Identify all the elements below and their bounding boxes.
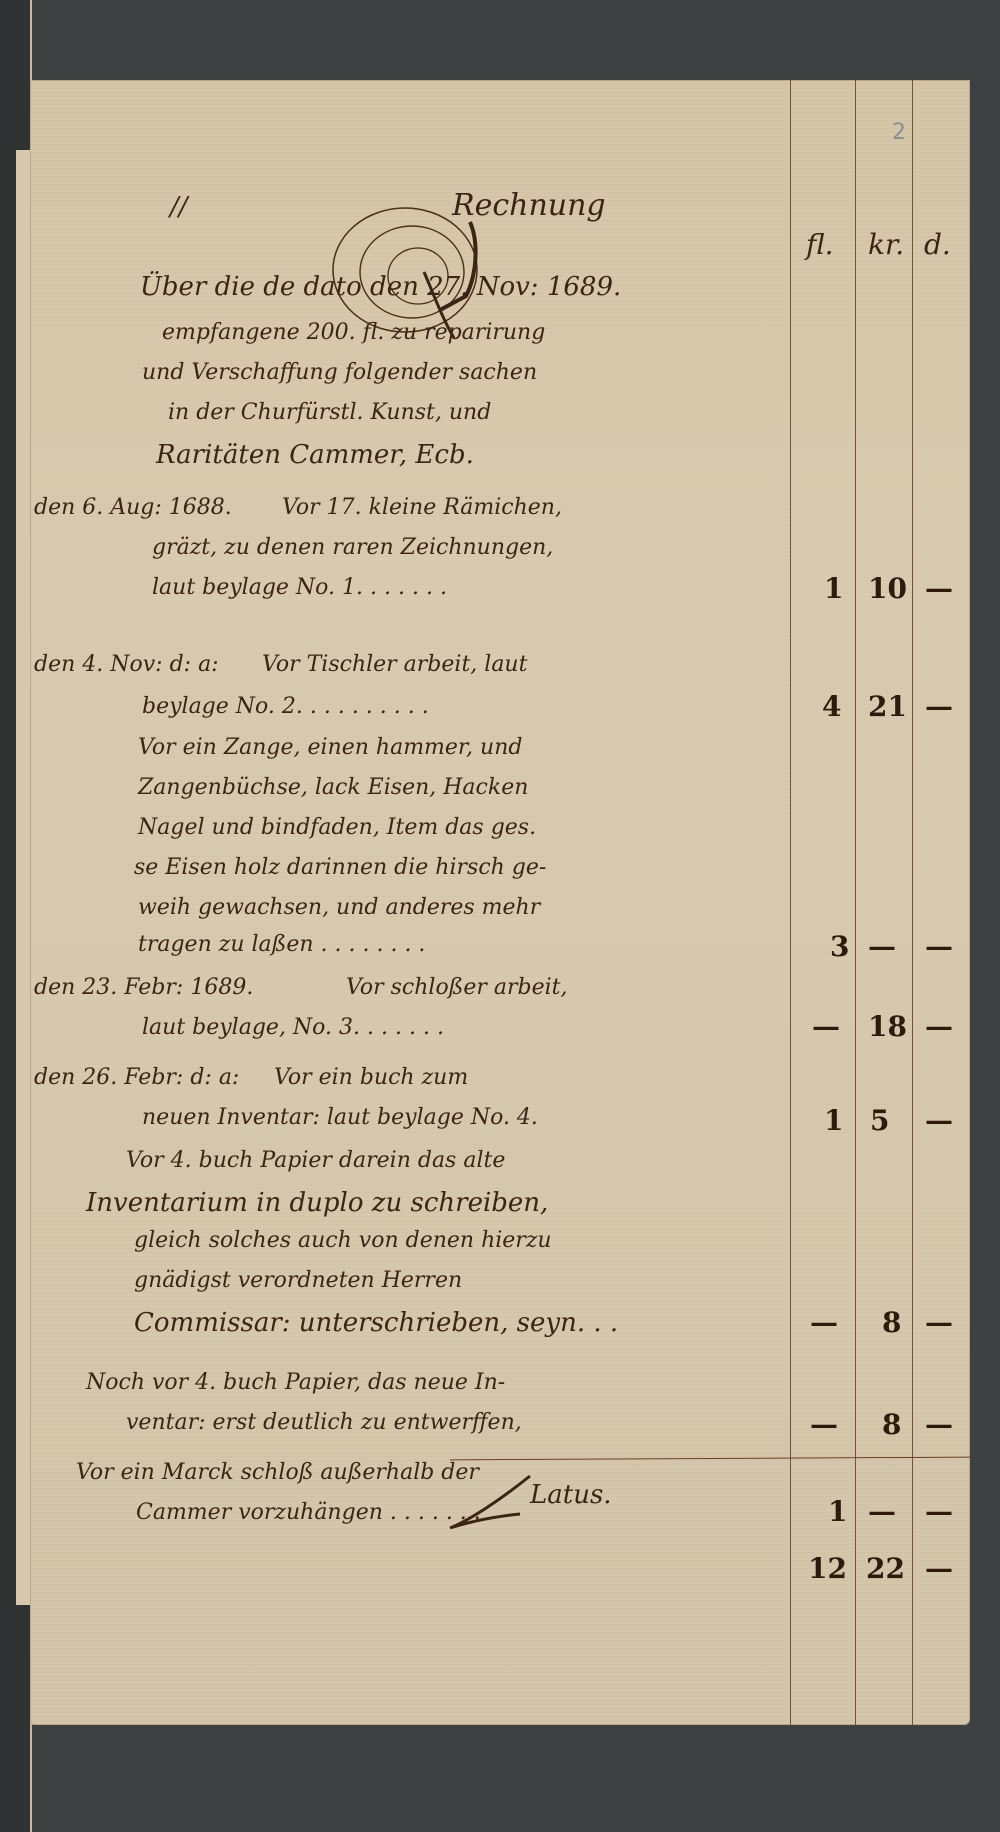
entry-line: laut beylage, No. 3. . . . . . . bbox=[142, 1015, 444, 1040]
total-rule bbox=[450, 1457, 970, 1461]
entry-date: den 23. Febr: 1689. bbox=[34, 975, 253, 1000]
amount-kreuzer: 8 bbox=[882, 1306, 901, 1339]
entry-line: Zangenbüchse, lack Eisen, Hacken bbox=[138, 775, 528, 800]
column-rule-denar bbox=[912, 80, 913, 1725]
amount-denar: — bbox=[925, 690, 953, 723]
column-rule-florin bbox=[790, 80, 791, 1725]
column-header-kreuzer: kr. bbox=[868, 228, 904, 261]
entry-line: Vor Tischler arbeit, laut bbox=[262, 652, 527, 677]
entry-line: Vor 4. buch Papier darein das alte bbox=[126, 1148, 505, 1173]
entry-line: ventar: erst deutlich zu entwerffen, bbox=[126, 1410, 522, 1435]
amount-kreuzer: 18 bbox=[868, 1010, 907, 1043]
amount-florin: — bbox=[810, 1408, 838, 1441]
entry-line: tragen zu laßen . . . . . . . . bbox=[138, 932, 425, 957]
entry-line: neuen Inventar: laut beylage No. 4. bbox=[142, 1105, 538, 1130]
heading-line: Raritäten Cammer, Ecb. bbox=[156, 440, 474, 470]
entry-line: Vor ein Marck schloß außerhalb der bbox=[76, 1460, 479, 1485]
amount-florin: 3 bbox=[830, 930, 849, 963]
entry-date: den 6. Aug: 1688. bbox=[34, 495, 232, 520]
entry-line: Nagel und bindfaden, Item das ges. bbox=[138, 815, 536, 840]
entry-line: Commissar: unterschrieben, seyn. . . bbox=[134, 1308, 618, 1338]
total-label: Latus. bbox=[530, 1480, 612, 1510]
column-header-denar: d. bbox=[924, 228, 951, 261]
amount-denar: — bbox=[925, 930, 953, 963]
total-florin: 12 bbox=[808, 1552, 847, 1585]
amount-denar: — bbox=[925, 1306, 953, 1339]
entry-line: Vor schloßer arbeit, bbox=[346, 975, 568, 1000]
amount-florin: — bbox=[810, 1306, 838, 1339]
amount-florin: 1 bbox=[824, 1104, 843, 1137]
entry-line: gleich solches auch von denen hierzu bbox=[134, 1228, 552, 1253]
margin-mark: // bbox=[170, 192, 188, 222]
amount-kreuzer: 8 bbox=[882, 1408, 901, 1441]
entry-line: Vor 17. kleine Rämichen, bbox=[282, 495, 562, 520]
column-header-florin: fl. bbox=[806, 228, 834, 261]
entry-line: gräzt, zu denen raren Zeichnungen, bbox=[152, 535, 553, 560]
heading-line: in der Churfürstl. Kunst, und bbox=[168, 400, 491, 425]
document-title: Rechnung bbox=[452, 188, 606, 223]
heading-line: Über die de dato den 27. Nov: 1689. bbox=[140, 272, 621, 302]
total-kreuzer: 22 bbox=[866, 1552, 905, 1585]
entry-line: Vor ein buch zum bbox=[274, 1065, 468, 1090]
latus-flourish-icon bbox=[420, 1470, 540, 1540]
amount-denar: — bbox=[925, 1408, 953, 1441]
amount-denar: — bbox=[925, 1010, 953, 1043]
entry-line: Noch vor 4. buch Papier, das neue In- bbox=[86, 1370, 505, 1395]
amount-kreuzer: — bbox=[868, 930, 896, 963]
amount-kreuzer: 21 bbox=[868, 690, 907, 723]
total-denar: — bbox=[925, 1552, 953, 1585]
heading-line: und Verschaffung folgender sachen bbox=[142, 360, 537, 385]
entry-line: weih gewachsen, und anderes mehr bbox=[138, 895, 540, 920]
entry-date: den 26. Febr: d: a: bbox=[34, 1065, 239, 1090]
entry-line: Inventarium in duplo zu schreiben, bbox=[86, 1188, 548, 1218]
entry-line: Vor ein Zange, einen hammer, und bbox=[138, 735, 522, 760]
entry-date: den 4. Nov: d: a: bbox=[34, 652, 219, 677]
amount-kreuzer: — bbox=[868, 1495, 896, 1528]
amount-florin: 4 bbox=[822, 690, 841, 723]
amount-kreuzer: 10 bbox=[868, 572, 907, 605]
column-rule-kreuzer bbox=[855, 80, 856, 1725]
entry-line: se Eisen holz darinnen die hirsch ge- bbox=[134, 855, 546, 880]
amount-florin: 1 bbox=[828, 1495, 847, 1528]
amount-florin: — bbox=[812, 1010, 840, 1043]
amount-florin: 1 bbox=[824, 572, 843, 605]
manuscript-page: 2 // Rechnung fl. kr. d. Über die de dat… bbox=[30, 80, 970, 1725]
entry-line: gnädigst verordneten Herren bbox=[134, 1268, 462, 1293]
heading-line: empfangene 200. fl. zu reparirung bbox=[162, 320, 545, 345]
folio-number: 2 bbox=[892, 120, 906, 145]
amount-denar: — bbox=[925, 572, 953, 605]
entry-line: beylage No. 2. . . . . . . . . . bbox=[142, 694, 429, 719]
amount-kreuzer: 5 bbox=[870, 1104, 889, 1137]
entry-line: laut beylage No. 1. . . . . . . bbox=[152, 575, 447, 600]
amount-denar: — bbox=[925, 1495, 953, 1528]
amount-denar: — bbox=[925, 1104, 953, 1137]
